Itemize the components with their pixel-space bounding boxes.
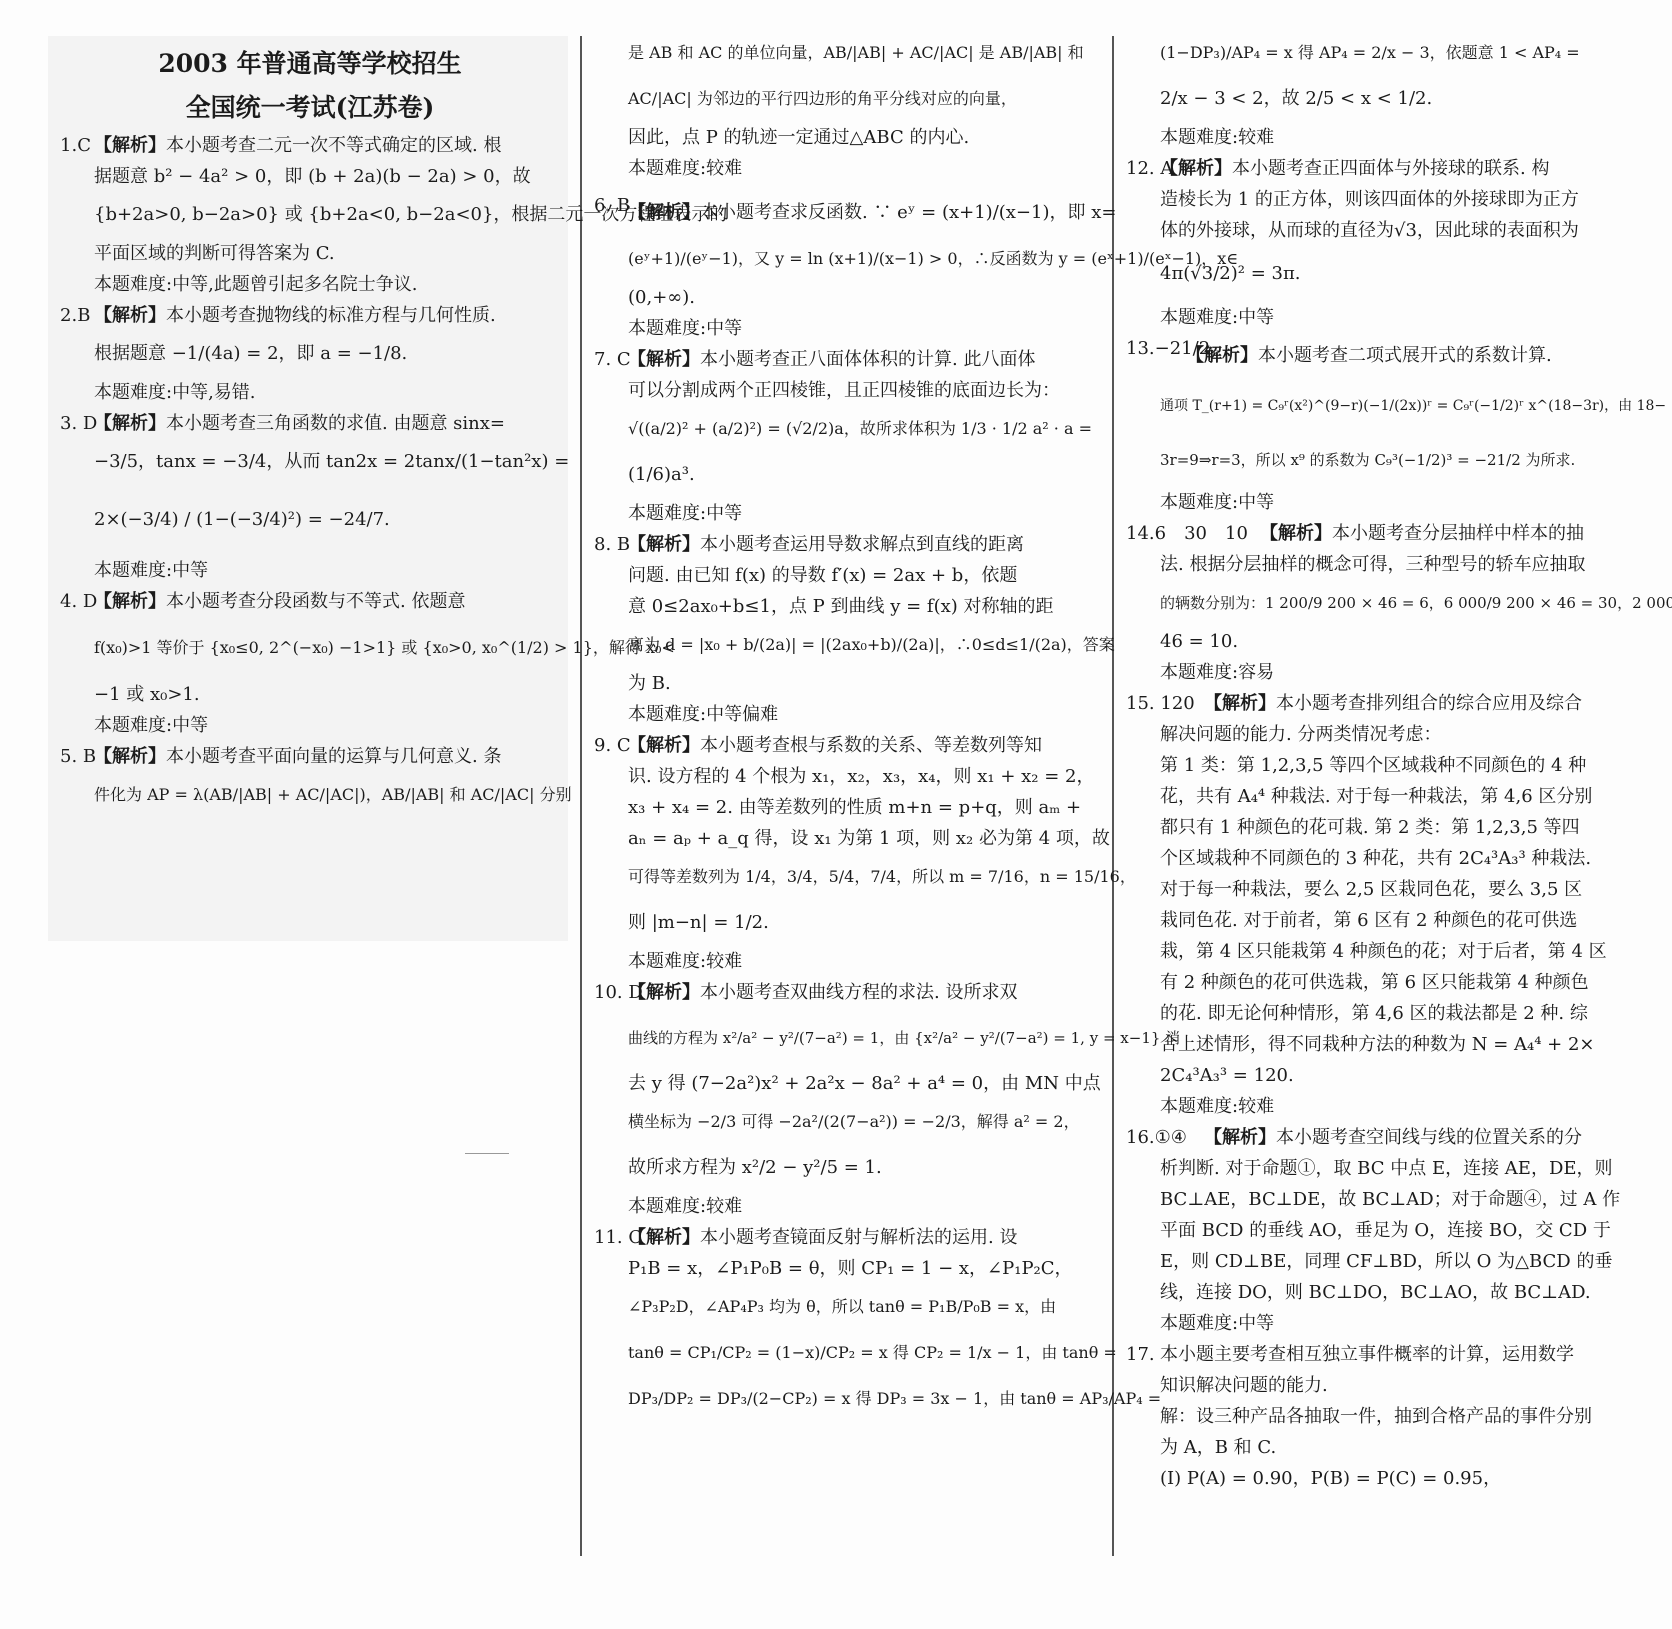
analysis-tag: 【解析】 <box>94 305 166 326</box>
difficulty-note: 本题难度:较难 <box>1160 122 1636 153</box>
item-formula: 离为 d = |x₀ + b/(2a)| = |(2ax₀+b)/(2a)|，∴… <box>628 622 1099 668</box>
difficulty-note: 本题难度:较难 <box>628 1191 1099 1222</box>
item-text: 因此，点 P 的轨迹一定通过△ABC 的内心. <box>628 122 1099 153</box>
difficulty-note: 本题难度:中等 <box>94 710 560 741</box>
column-divider-1 <box>580 36 582 1556</box>
item-number: 5. B <box>60 741 96 772</box>
difficulty-note: 本题难度:中等 <box>1160 1308 1636 1339</box>
item-text: BC⊥AE，BC⊥DE，故 BC⊥AD；对于命题④，过 A 作 <box>1160 1184 1636 1215</box>
item-text: 问题. 由已知 f(x) 的导数 f′(x) = 2ax + b，依题 <box>628 560 1099 591</box>
item-formula: (1/6)a³. <box>628 452 1099 498</box>
item-text: 栽，第 4 区只能栽第 4 种颜色的花；对于后者，第 4 区 <box>1160 936 1636 967</box>
item-text: 本小题考查求反函数. ∵ eʸ = (x+1)/(x−1)，即 x= <box>700 202 1116 223</box>
difficulty-note: 本题难度:中等 <box>94 555 560 586</box>
difficulty-note: 本题难度:较难 <box>1160 1091 1636 1122</box>
item-text: 析判断. 对于命题①，取 BC 中点 E，连接 AE，DE，则 <box>1160 1153 1636 1184</box>
item-formula: 曲线的方程为 x²/a² − y²/(7−a²) = 1，由 {x²/a² − … <box>628 1008 1099 1068</box>
item-text: 本小题考查镜面反射与解析法的运用. 设 <box>700 1227 1017 1248</box>
answer-item-1: 1.C 【解析】本小题考查二元一次不等式确定的区域. 根 据题意 b² − 4a… <box>60 130 560 300</box>
analysis-tag: 【解析】 <box>628 349 700 370</box>
item-text: 本小题主要考查相互独立事件概率的计算，运用数学 <box>1160 1339 1636 1370</box>
item-text: 个区域栽种不同颜色的 3 种花，共有 2C₄³A₃³ 种栽法. <box>1160 843 1636 874</box>
item-text: 第 1 类：第 1,2,3,5 等四个区域栽种不同颜色的 4 种 <box>1160 750 1636 781</box>
answer-key-page: 2003 年普通高等学校招生 全国统一考试(江苏卷) 1.C 【解析】本小题考查… <box>0 0 1672 1629</box>
item-text: 对于每一种栽法，要么 2,5 区栽同色花，要么 3,5 区 <box>1160 874 1636 905</box>
item-text: 的花. 即无论何种情形，第 4,6 区的栽法都是 2 种. 综 <box>1160 998 1636 1029</box>
item-number: 16.①④ <box>1126 1122 1187 1153</box>
item-text: 体的外接球，从而球的直径为√3，因此球的表面积为 <box>1160 215 1636 246</box>
item-formula: −3/5，tanx = −3/4，从而 tan2x = 2tanx/(1−tan… <box>94 439 560 485</box>
item-number: 11. C <box>594 1222 642 1253</box>
item-text: 2C₄³A₃³ = 120. <box>1160 1060 1636 1091</box>
difficulty-note: 本题难度:中等 <box>628 498 1099 529</box>
item-number: 12. A <box>1126 153 1173 184</box>
column-2: 是 AB 和 AC 的单位向量，AB/|AB| + AC/|AC| 是 AB/|… <box>594 30 1099 1422</box>
item-text: 合上述情形，得不同栽种方法的种数为 N = A₄⁴ + 2× <box>1160 1029 1636 1060</box>
item-text: 本小题考查排列组合的综合应用及综合 <box>1276 693 1582 714</box>
item-text: 可以分割成两个正四棱锥，且正四棱锥的底面边长为： <box>628 375 1099 406</box>
item-text: 本小题考查正八面体体积的计算. 此八面体 <box>700 349 1035 370</box>
item-text: −1 或 x₀>1. <box>94 679 560 710</box>
item-formula: 故所求方程为 x²/2 − y²/5 = 1. <box>628 1145 1099 1191</box>
answer-item-17: 17. 本小题主要考查相互独立事件概率的计算，运用数学 知识解决问题的能力. 解… <box>1126 1339 1636 1494</box>
item-text: 本小题考查抛物线的标准方程与几何性质. <box>166 305 496 326</box>
difficulty-note: 本题难度:容易 <box>1160 657 1636 688</box>
item-formula: 的辆数分别为：1 200/9 200 × 46 = 6，6 000/9 200 … <box>1160 580 1636 626</box>
analysis-tag: 【解析】 <box>628 735 700 756</box>
item-text: 本小题考查正四面体与外接球的联系. 构 <box>1232 158 1549 179</box>
item-text: x₃ + x₄ = 2. 由等差数列的性质 m+n = p+q，则 aₘ + <box>628 792 1099 823</box>
item-text: E，则 CD⊥BE，同理 CF⊥BD，所以 O 为△BCD 的垂 <box>1160 1246 1636 1277</box>
item-formula: 4π(√3/2)² = 3π. <box>1160 246 1636 302</box>
item-text: 本小题考查三角函数的求值. 由题意 sinx= <box>166 413 505 434</box>
item-number: 7. C <box>594 344 631 375</box>
item-number: 1.C <box>60 130 91 161</box>
item-formula: (1−DP₃)/AP₄ = x 得 AP₄ = 2/x − 3，依题意 1 < … <box>1160 30 1636 76</box>
analysis-tag: 【解析】 <box>628 202 700 223</box>
item-text: 法. 根据分层抽样的概念可得，三种型号的轿车应抽取 <box>1160 549 1636 580</box>
item-text: 有 2 种颜色的花可供选栽，第 6 区只能栽第 4 种颜色 <box>1160 967 1636 998</box>
difficulty-note: 本题难度:中等 <box>1160 302 1636 333</box>
item-text: 本小题考查双曲线方程的求法. 设所求双 <box>700 982 1017 1003</box>
answer-item-11-continued: (1−DP₃)/AP₄ = x 得 AP₄ = 2/x − 3，依题意 1 < … <box>1126 30 1636 153</box>
analysis-tag: 【解析】 <box>94 746 166 767</box>
column-1: 2003 年普通高等学校招生 全国统一考试(江苏卷) 1.C 【解析】本小题考查… <box>60 40 560 818</box>
item-formula: 根据题意 −1/(4a) = 2，即 a = −1/8. <box>94 331 560 377</box>
item-text: aₙ = aₚ + a_q 得，设 x₁ 为第 1 项，则 x₂ 必为第 4 项… <box>628 823 1099 854</box>
answer-item-13-body: 通项 T_(r+1) = C₉ʳ(x²)^(9−r)(−1/(2x))ʳ = C… <box>1126 379 1636 518</box>
item-formula: 横坐标为 −2/3 可得 −2a²/(2(7−a²)) = −2/3，解得 a²… <box>628 1099 1099 1145</box>
item-formula: 3r=9⇒r=3，所以 x⁹ 的系数为 C₉³(−1/2)³ = −21/2 为… <box>1160 433 1636 487</box>
difficulty-note: 本题难度:中等,易错. <box>94 377 560 408</box>
answer-item-11: 11. C 【解析】本小题考查镜面反射与解析法的运用. 设 P₁B = x，∠P… <box>594 1222 1099 1422</box>
answer-item-4: 4. D 【解析】本小题考查分段函数与不等式. 依题意 f(x₀)>1 等价于 … <box>60 586 560 741</box>
item-formula: 件化为 AP = λ(AB/|AB| + AC/|AC|)，AB/|AB| 和 … <box>94 772 560 818</box>
item-formula: AC/|AC| 为邻边的平行四边形的角平分线对应的向量， <box>628 76 1099 122</box>
item-text: 识. 设方程的 4 个根为 x₁，x₂，x₃，x₄，则 x₁ + x₂ = 2， <box>628 761 1099 792</box>
item-number: 9. C <box>594 730 631 761</box>
item-text: 去 y 得 (7−2a²)x² + 2a²x − 8a² + a⁴ = 0，由 … <box>628 1068 1099 1099</box>
item-text: 线，连接 DO，则 BC⊥DO，BC⊥AO，故 BC⊥AD. <box>1160 1277 1636 1308</box>
analysis-tag: 【解析】 <box>628 534 700 555</box>
item-text: (Ⅰ) P(A) = 0.90，P(B) = P(C) = 0.95， <box>1160 1463 1636 1494</box>
item-formula: tanθ = CP₁/CP₂ = (1−x)/CP₂ = x 得 CP₂ = 1… <box>628 1330 1099 1376</box>
difficulty-note: 本题难度:较难 <box>628 946 1099 977</box>
answer-item-16: 16.①④ 【解析】本小题考查空间线与线的位置关系的分 析判断. 对于命题①，取… <box>1126 1122 1636 1339</box>
item-number: 8. B <box>594 529 630 560</box>
item-formula: DP₃/DP₂ = DP₃/(2−CP₂) = x 得 DP₃ = 3x − 1… <box>628 1376 1099 1422</box>
answer-item-12: 12. A 【解析】本小题考查正四面体与外接球的联系. 构 造棱长为 1 的正方… <box>1126 153 1636 333</box>
answer-item-7: 7. C 【解析】本小题考查正八面体体积的计算. 此八面体 可以分割成两个正四棱… <box>594 344 1099 529</box>
item-formula: √((a/2)² + (a/2)²) = (√2/2)a，故所求体积为 1/3 … <box>628 406 1099 452</box>
answer-item-15: 15. 120 【解析】本小题考查排列组合的综合应用及综合 解决问题的能力. 分… <box>1126 688 1636 1122</box>
answer-item-10: 10. D 【解析】本小题考查双曲线方程的求法. 设所求双 曲线的方程为 x²/… <box>594 977 1099 1222</box>
answer-item-14: 14.6 30 10 【解析】本小题考查分层抽样中样本的抽 法. 根据分层抽样的… <box>1126 518 1636 688</box>
difficulty-note: 本题难度:中等偏难 <box>628 699 1099 730</box>
item-text: 为 A，B 和 C. <box>1160 1432 1636 1463</box>
item-text: 都只有 1 种颜色的花可栽. 第 2 类：第 1,2,3,5 等四 <box>1160 812 1636 843</box>
item-text: 本小题考查二元一次不等式确定的区域. 根 <box>166 135 501 156</box>
answer-item-13: 13.−21/2 【解析】本小题考查二项式展开式的系数计算. <box>1126 333 1636 379</box>
difficulty-note: 本题难度:中等 <box>1160 487 1636 518</box>
item-text: 本小题考查根与系数的关系、等差数列等知 <box>700 735 1042 756</box>
analysis-tag: 【解析】 <box>1260 523 1332 544</box>
item-number: 2.B <box>60 300 90 331</box>
item-number: 3. D <box>60 408 97 439</box>
item-number: 17. <box>1126 1339 1155 1370</box>
item-text: 本小题考查运用导数求解点到直线的距离 <box>700 534 1024 555</box>
analysis-tag: 【解析】 <box>94 413 166 434</box>
item-text: 本小题考查二项式展开式的系数计算. <box>1258 345 1552 366</box>
item-text: 据题意 b² − 4a² > 0，即 (b + 2a)(b − 2a) > 0，… <box>94 161 560 192</box>
item-text: 为 B. <box>628 668 1099 699</box>
scan-artifact <box>465 1153 509 1154</box>
item-formula: {b+2a>0, b−2a>0} 或 {b+2a<0, b−2a<0}，根据二元… <box>94 192 560 238</box>
item-number: 4. D <box>60 586 97 617</box>
item-formula: 是 AB 和 AC 的单位向量，AB/|AB| + AC/|AC| 是 AB/|… <box>628 30 1099 76</box>
item-number: 6. B <box>594 190 630 221</box>
difficulty-note: 本题难度:中等 <box>628 313 1099 344</box>
item-text: 知识解决问题的能力. <box>1160 1370 1636 1401</box>
item-formula: 通项 T_(r+1) = C₉ʳ(x²)^(9−r)(−1/(2x))ʳ = C… <box>1160 379 1636 433</box>
item-text: 平面区域的判断可得答案为 C. <box>94 238 560 269</box>
item-formula: f(x₀)>1 等价于 {x₀≤0, 2^(−x₀) −1>1} 或 {x₀>0… <box>94 617 560 679</box>
column-3: (1−DP₃)/AP₄ = x 得 AP₄ = 2/x − 3，依题意 1 < … <box>1126 30 1636 1494</box>
analysis-tag: 【解析】 <box>94 135 166 156</box>
item-number: 10. D <box>594 977 643 1008</box>
answer-item-5-continued: 是 AB 和 AC 的单位向量，AB/|AB| + AC/|AC| 是 AB/|… <box>594 30 1099 184</box>
answer-item-6: 6. B 【解析】本小题考查求反函数. ∵ eʸ = (x+1)/(x−1)，即… <box>594 190 1099 344</box>
item-formula: 则 |m−n| = 1/2. <box>628 900 1099 946</box>
item-text: 平面 BCD 的垂线 AO，垂足为 O，连接 BO，交 CD 于 <box>1160 1215 1636 1246</box>
item-text: 本小题考查空间线与线的位置关系的分 <box>1276 1127 1582 1148</box>
analysis-tag: 【解析】 <box>1204 1127 1276 1148</box>
item-formula: ∠P₃P₂D，∠AP₄P₃ 均为 θ，所以 tanθ = P₁B/P₀B = x… <box>628 1284 1099 1330</box>
item-formula: 可得等差数列为 1/4，3/4，5/4，7/4，所以 m = 7/16，n = … <box>628 854 1099 900</box>
item-text: (0,+∞). <box>628 282 1099 313</box>
difficulty-note: 本题难度:较难 <box>628 153 1099 184</box>
item-number: 15. 120 <box>1126 688 1195 719</box>
item-text: 解决问题的能力. 分两类情况考虑： <box>1160 719 1636 750</box>
item-text: 本小题考查平面向量的运算与几何意义. 条 <box>166 746 501 767</box>
item-text: 本小题考查分层抽样中样本的抽 <box>1332 523 1584 544</box>
item-formula: 2×(−3/4) / (1−(−3/4)²) = −24/7. <box>94 485 560 555</box>
item-text: 本小题考查分段函数与不等式. 依题意 <box>166 591 465 612</box>
answer-item-2: 2.B 【解析】本小题考查抛物线的标准方程与几何性质. 根据题意 −1/(4a)… <box>60 300 560 408</box>
item-text: 造棱长为 1 的正方体，则该四面体的外接球即为正方 <box>1160 184 1636 215</box>
answer-item-3: 3. D 【解析】本小题考查三角函数的求值. 由题意 sinx= −3/5，ta… <box>60 408 560 586</box>
item-number: 14.6 30 10 <box>1126 518 1248 549</box>
title-line-1: 2003 年普通高等学校招生 <box>60 44 560 84</box>
difficulty-note: 本题难度:中等,此题曾引起多名院士争议. <box>94 269 560 300</box>
item-text: P₁B = x，∠P₁P₀B = θ，则 CP₁ = 1 − x，∠P₁P₂C， <box>628 1253 1099 1284</box>
answer-item-9: 9. C 【解析】本小题考查根与系数的关系、等差数列等知 识. 设方程的 4 个… <box>594 730 1099 977</box>
answer-item-5: 5. B 【解析】本小题考查平面向量的运算与几何意义. 条 件化为 AP = λ… <box>60 741 560 818</box>
item-formula: 2/x − 3 < 2，故 2/5 < x < 1/2. <box>1160 76 1636 122</box>
item-text: 46 = 10. <box>1160 626 1636 657</box>
item-text: 意 0≤2ax₀+b≤1，点 P 到曲线 y = f(x) 对称轴的距 <box>628 591 1099 622</box>
item-number: 13.−21/2 <box>1126 333 1210 364</box>
item-formula: (eʸ+1)/(eʸ−1)，又 y = ln (x+1)/(x−1) > 0，∴… <box>628 236 1099 282</box>
title-line-2: 全国统一考试(江苏卷) <box>60 88 560 128</box>
answer-item-8: 8. B 【解析】本小题考查运用导数求解点到直线的距离 问题. 由已知 f(x)… <box>594 529 1099 730</box>
item-text: 花，共有 A₄⁴ 种栽法. 对于每一种栽法，第 4,6 区分别 <box>1160 781 1636 812</box>
analysis-tag: 【解析】 <box>94 591 166 612</box>
item-text: 栽同色花. 对于前者，第 6 区有 2 种颜色的花可供选 <box>1160 905 1636 936</box>
analysis-tag: 【解析】 <box>1204 693 1276 714</box>
item-text: 解：设三种产品各抽取一件，抽到合格产品的事件分别 <box>1160 1401 1636 1432</box>
